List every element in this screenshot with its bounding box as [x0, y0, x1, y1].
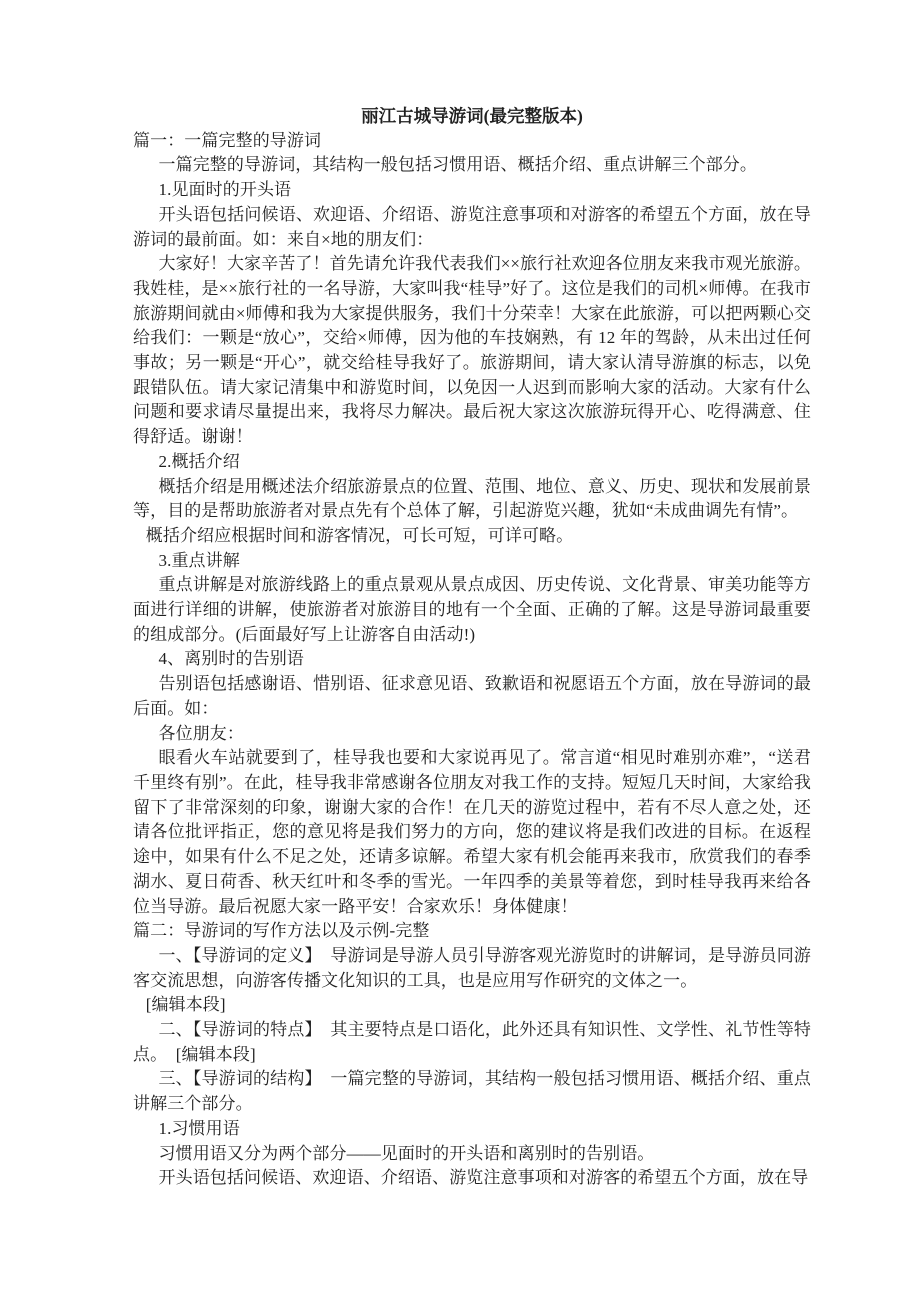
paragraph: 二、【导游词的特点】 其主要特点是口语化，此外还具有知识性、文学性、礼节性等特点… [133, 1018, 811, 1067]
paragraph: 3.重点讲解 [133, 549, 811, 574]
document-viewport: { "page": { "background_color": "#ffffff… [0, 0, 920, 1302]
paragraph: 重点讲解是对旅游线路上的重点景观从景点成因、历史传说、文化背景、审美功能等方面进… [133, 573, 811, 647]
paragraph: 一篇完整的导游词，其结构一般包括习惯用语、概括介绍、重点讲解三个部分。 [133, 153, 811, 178]
paragraph: 习惯用语又分为两个部分——见面时的开头语和离别时的告别语。 [133, 1142, 811, 1167]
paragraph: 1.见面时的开头语 [133, 178, 811, 203]
document-body: 篇一：一篇完整的导游词一篇完整的导游词，其结构一般包括习惯用语、概括介绍、重点讲… [133, 129, 811, 1191]
paragraph: 篇二：导游词的写作方法以及示例-完整 [133, 919, 811, 944]
paragraph: 大家好！大家辛苦了！首先请允许我代表我们××旅行社欢迎各位朋友来我市观光旅游。我… [133, 252, 811, 450]
paragraph: 概括介绍是用概述法介绍旅游景点的位置、范围、地位、意义、历史、现状和发展前景等，… [133, 475, 811, 524]
paragraph: 三、【导游词的结构】 一篇完整的导游词，其结构一般包括习惯用语、概括介绍、重点讲… [133, 1067, 811, 1116]
paragraph: [编辑本段] [133, 993, 811, 1018]
paragraph: 眼看火车站就要到了，桂导我也要和大家说再见了。常言道“相见时难别亦难”，“送君千… [133, 746, 811, 919]
paragraph: 开头语包括问候语、欢迎语、介绍语、游览注意事项和对游客的希望五个方面，放在导游词… [133, 203, 811, 252]
document-page: 丽江古城导游词(最完整版本) 篇一：一篇完整的导游词一篇完整的导游词，其结构一般… [133, 104, 811, 1191]
paragraph: 2.概括介绍 [133, 450, 811, 475]
paragraph: 篇一：一篇完整的导游词 [133, 129, 811, 154]
paragraph: 一、【导游词的定义】 导游词是导游人员引导游客观光游览时的讲解词，是导游员同游客… [133, 944, 811, 993]
paragraph: 开头语包括问候语、欢迎语、介绍语、游览注意事项和对游客的希望五个方面，放在导 [133, 1166, 811, 1191]
paragraph: 各位朋友： [133, 722, 811, 747]
document-title: 丽江古城导游词(最完整版本) [133, 104, 811, 129]
paragraph: 概括介绍应根据时间和游客情况，可长可短，可详可略。 [133, 524, 811, 549]
paragraph: 1.习惯用语 [133, 1117, 811, 1142]
paragraph: 告别语包括感谢语、惜别语、征求意见语、致歉语和祝愿语五个方面，放在导游词的最后面… [133, 672, 811, 721]
paragraph: 4、离别时的告别语 [133, 647, 811, 672]
